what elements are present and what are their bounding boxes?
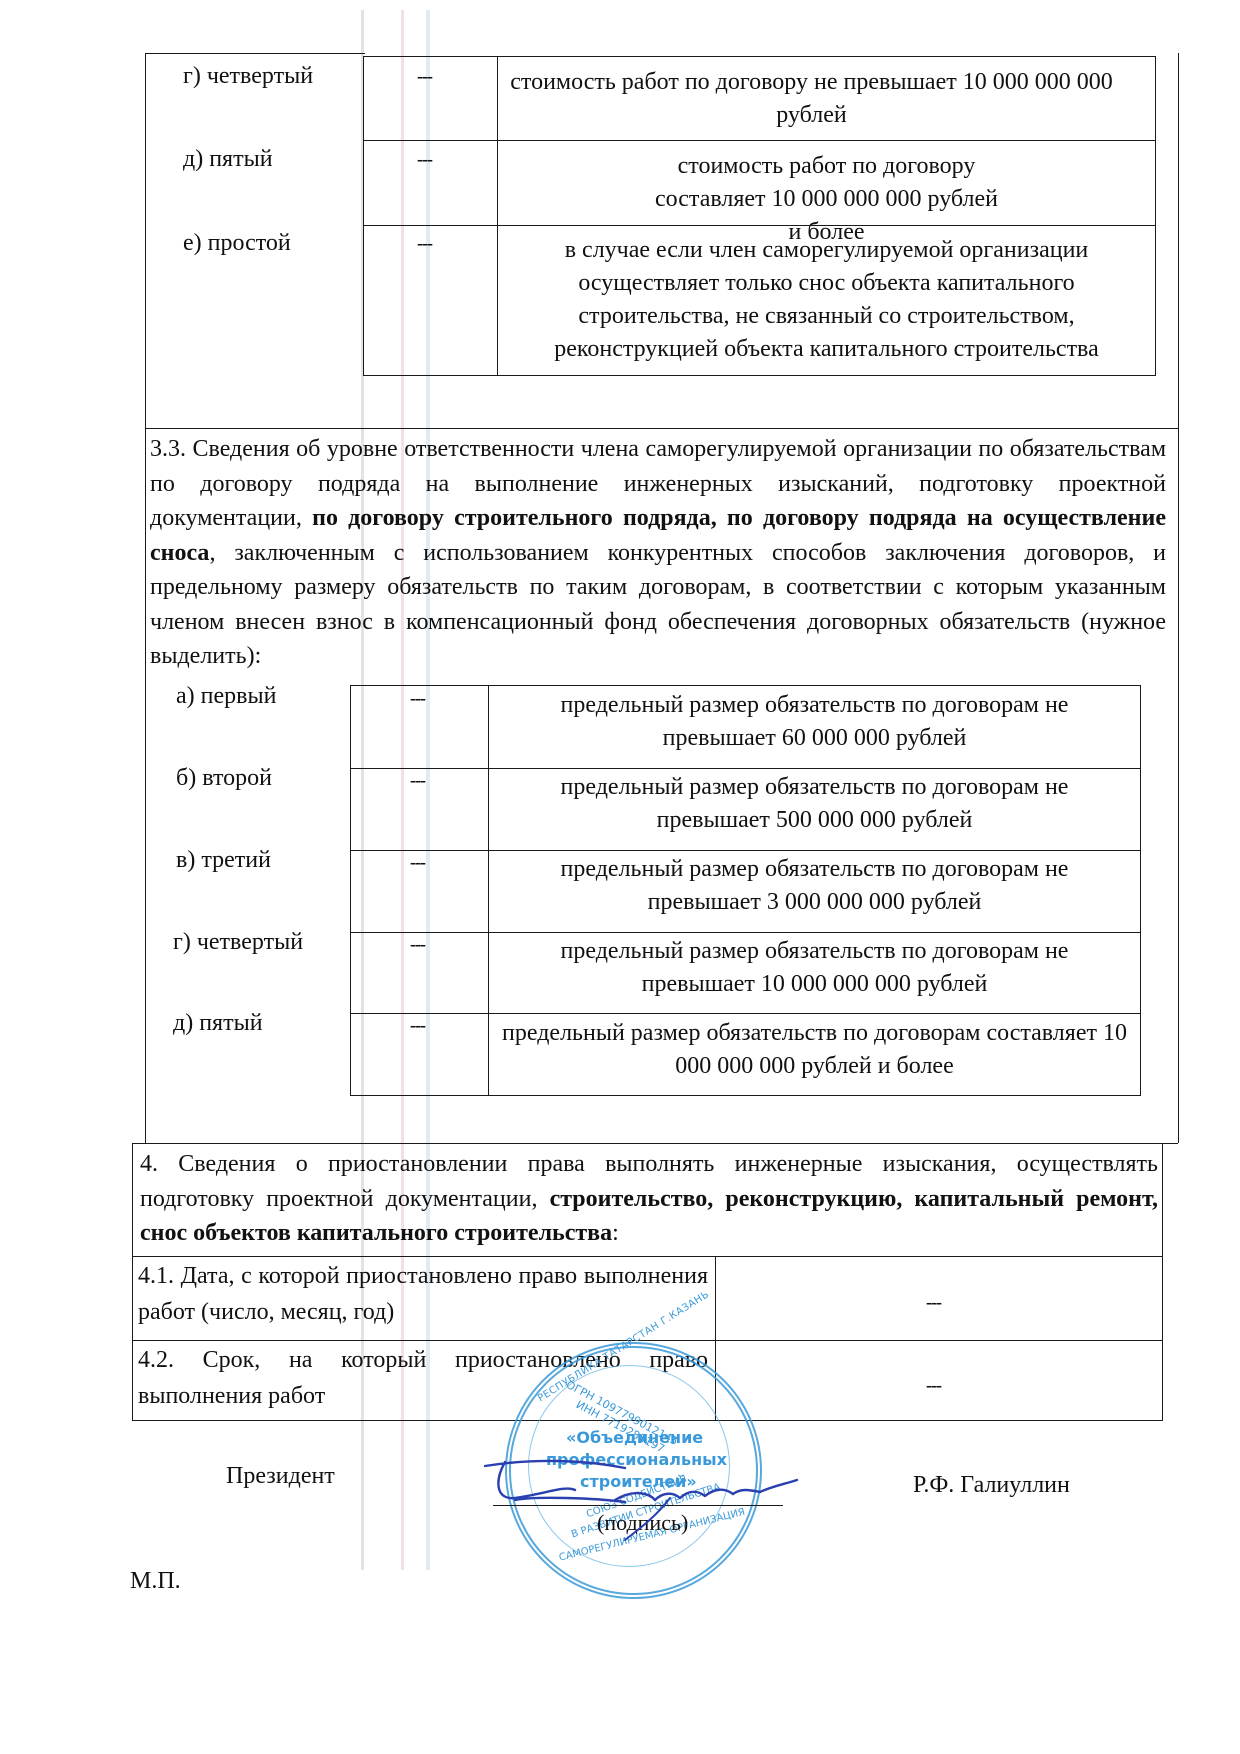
suspension-term-value: --- [926, 1375, 941, 1396]
level-label: д) пятый [173, 1007, 263, 1040]
level-description: предельный размер обязательств по догово… [489, 771, 1140, 837]
level-mark: --- [410, 934, 425, 955]
signatory-name: Р.Ф. Галиуллин [913, 1469, 1070, 1502]
section-divider [145, 428, 1178, 429]
level-mark: --- [410, 852, 425, 873]
level-mark: --- [417, 66, 432, 87]
level-description: предельный размер обязательств по догово… [489, 1017, 1140, 1083]
seal-place-mark: М.П. [130, 1565, 181, 1598]
level-description: стоимость работ по договору не превышает… [498, 66, 1155, 132]
level-mark: --- [417, 149, 432, 170]
section-4-text: 4. Сведения о приостановлении права выпо… [140, 1147, 1158, 1251]
level-label: в) третий [176, 844, 271, 877]
level-description: предельный размер обязательств по догово… [489, 853, 1140, 919]
level-mark: --- [410, 1015, 425, 1036]
level-label: е) простой [183, 227, 291, 260]
level-mark: --- [417, 233, 432, 254]
level-label: а) первый [176, 680, 276, 713]
level-mark: --- [410, 770, 425, 791]
suspension-date-value: --- [926, 1292, 941, 1313]
handwritten-signature [475, 1440, 815, 1550]
level-label: г) четвертый [183, 60, 313, 93]
level-label: г) четвертый [173, 926, 303, 959]
scan-artifact-line [401, 10, 404, 1570]
suspension-date-label: 4.1. Дата, с которой приостановлено прав… [138, 1258, 708, 1330]
level-description: предельный размер обязательств по догово… [489, 935, 1140, 1001]
level-mark: --- [410, 688, 425, 709]
level-description: предельный размер обязательств по догово… [489, 689, 1140, 755]
signatory-position: Президент [226, 1460, 335, 1493]
level-description: в случае если член саморегулируемой орга… [498, 234, 1155, 366]
level-label: д) пятый [183, 143, 273, 176]
level-label: б) второй [176, 762, 272, 795]
section-3-3-text: 3.3. Сведения об уровне ответственности … [150, 432, 1166, 674]
